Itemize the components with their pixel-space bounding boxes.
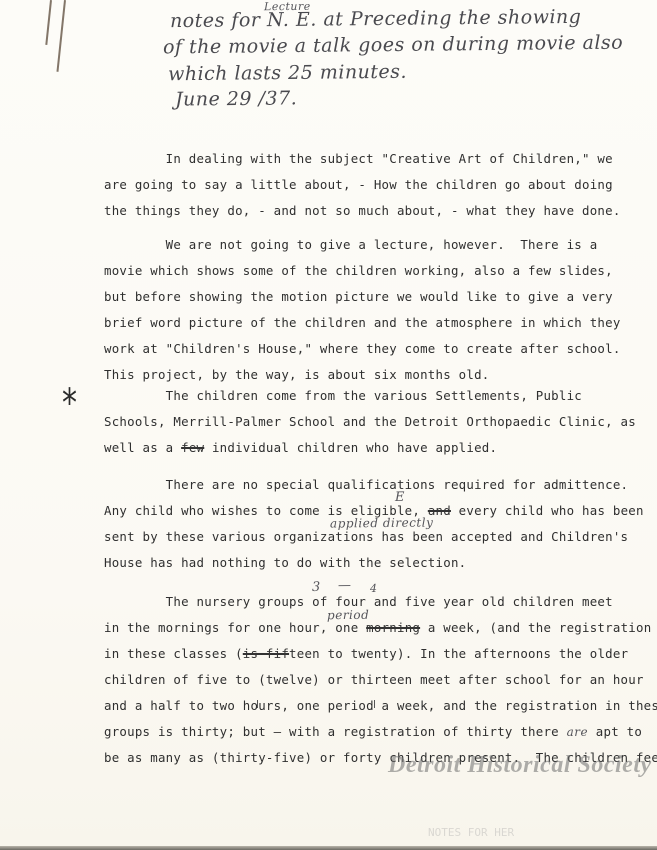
handwritten-insert: E (395, 490, 405, 505)
paragraph-5-line: and a half to two hours, one period a we… (104, 699, 657, 713)
paperclip-mark (56, 0, 66, 72)
paragraph-4-line: There are no special qualifications requ… (104, 478, 628, 492)
paragraph-1-line: are going to say a little about, - How t… (104, 178, 613, 192)
handwritten-insert-lecture: Lecture (264, 0, 311, 13)
paragraph-2-line: movie which shows some of the children w… (104, 264, 613, 278)
paragraph-1-line: In dealing with the subject "Creative Ar… (104, 152, 613, 166)
handwritten-comma-mark (374, 700, 375, 708)
paragraph-5-line: in the mornings for one hour, one mornin… (104, 621, 651, 635)
handwritten-annotation: 3 (312, 580, 321, 595)
bleed-through-text: NOTES FOR HER (428, 826, 514, 839)
paragraph-1-line: the things they do, - and not so much ab… (104, 204, 621, 218)
handwritten-note-line1: notes for N. E. at Preceding the showing (170, 6, 582, 32)
document-page: notes for N. E. at Preceding the showing… (0, 0, 657, 850)
paragraph-5-line: in these classes (is fifteen to twenty).… (104, 647, 628, 661)
handwritten-annotation: — (338, 578, 352, 593)
paragraph-4-line: sent by these various organizations has … (104, 530, 628, 544)
handwritten-insert: are (567, 725, 589, 739)
paragraph-4-line: House has had nothing to do with the sel… (104, 556, 466, 570)
handwritten-date: June 29 /37. (175, 87, 297, 110)
struck-text: few (181, 440, 204, 455)
handwritten-note-line2: of the movie a talk goes on during movie… (163, 32, 623, 59)
paragraph-3-line: well as a few individual children who ha… (104, 441, 497, 455)
struck-text: morning (366, 620, 420, 635)
paragraph-2-line: work at "Children's House," where they c… (104, 342, 621, 356)
margin-asterisk-mark: * (62, 381, 77, 427)
paragraph-5-line: children of five to (twelve) or thirteen… (104, 673, 644, 687)
paperclip-mark (45, 0, 52, 45)
page-bottom-edge (0, 846, 657, 850)
paragraph-3-line: The children come from the various Settl… (104, 389, 582, 403)
paragraph-2-line: This project, by the way, is about six m… (104, 368, 490, 382)
struck-text: is fif (243, 646, 289, 661)
handwritten-note-line3: which lasts 25 minutes. (168, 61, 407, 86)
watermark: Detroit Historical Society (388, 752, 652, 779)
paragraph-2-line: brief word picture of the children and t… (104, 316, 621, 330)
paragraph-3-line: Schools, Merrill-Palmer School and the D… (104, 415, 636, 429)
paragraph-2-line: but before showing the motion picture we… (104, 290, 613, 304)
paragraph-2-line: We are not going to give a lecture, howe… (104, 238, 597, 252)
paragraph-5-line: groups is thirty; but — with a registrat… (104, 725, 642, 739)
handwritten-comma-mark (257, 700, 258, 708)
